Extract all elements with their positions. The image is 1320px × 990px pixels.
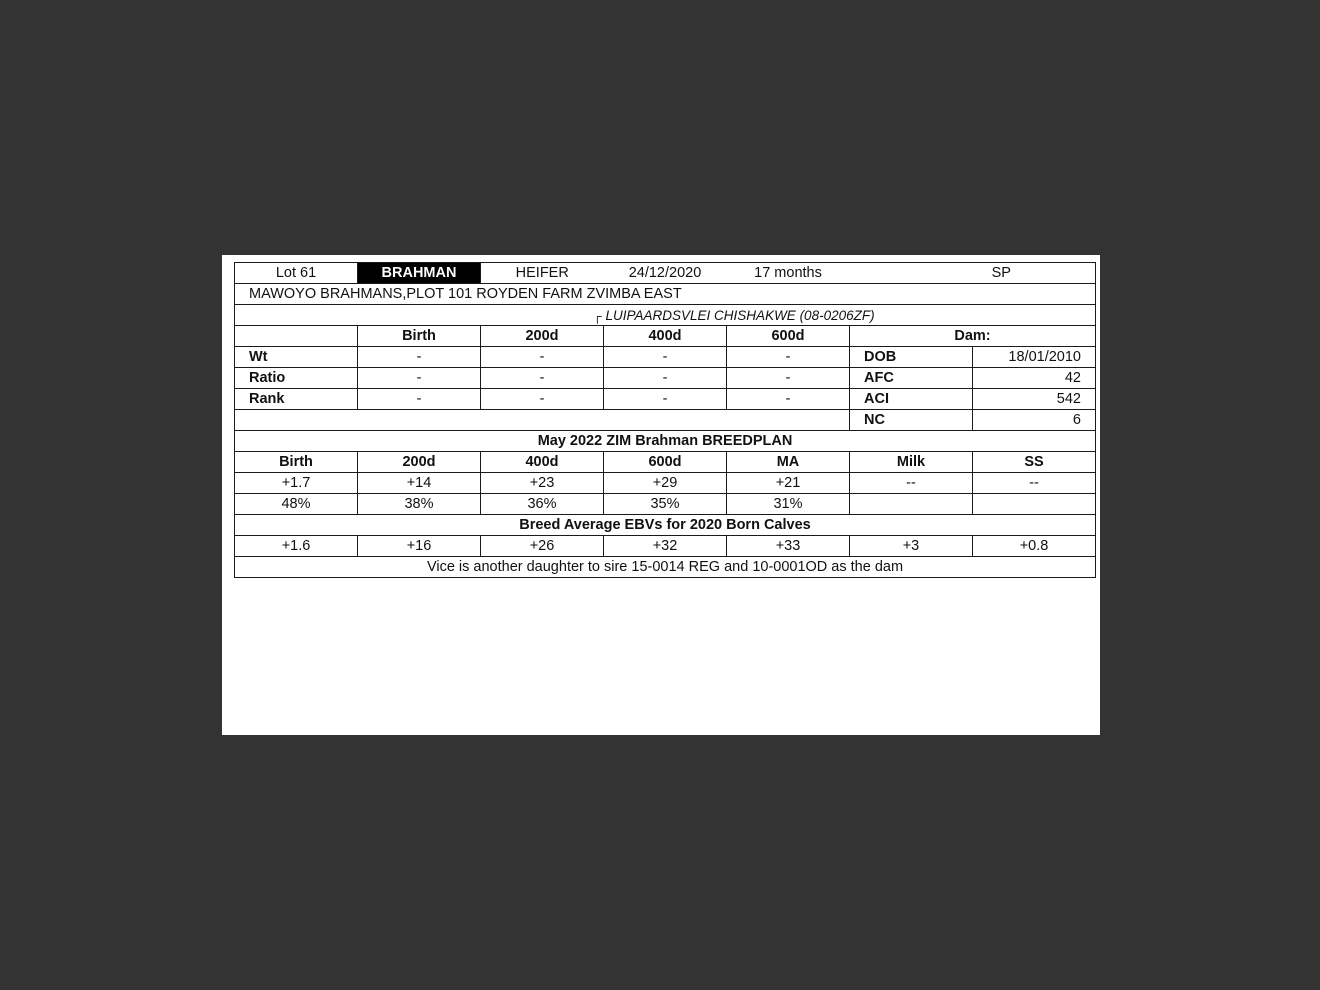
ebv-col-header: Birth [235,452,358,473]
ebv-value: +14 [358,473,481,494]
code: SP [850,263,1096,284]
ebv-col-header: 400d [481,452,604,473]
accuracy-value [973,494,1096,515]
ebv-col-header: 200d [358,452,481,473]
dam-info-title: Dam: [850,326,1096,347]
sex: HEIFER [481,263,604,284]
breed-badge: BRAHMAN [358,263,481,284]
cell: - [481,347,604,368]
breedplan-title: May 2022 ZIM Brahman BREEDPLAN [235,431,1096,452]
ebv-value: +29 [604,473,727,494]
lot-table: Lot 61 BRAHMAN HEIFER 24/12/2020 17 mont… [234,262,1096,578]
accuracy-value: 48% [235,494,358,515]
accuracy-value: 31% [727,494,850,515]
cell: - [358,389,481,410]
cell: - [358,368,481,389]
blank-cell [235,410,850,431]
cell: - [358,347,481,368]
breed-average-value: +1.6 [235,536,358,557]
dam-value: 42 [973,368,1096,389]
age: 17 months [727,263,850,284]
accuracy-value: 36% [481,494,604,515]
bracket-top-icon: ┌ [593,306,602,326]
breeder-row: MAWOYO BRAHMANS,PLOT 101 ROYDEN FARM ZVI… [235,284,1096,305]
dam-label: NC [850,410,973,431]
breed-average-title-row: Breed Average EBVs for 2020 Born Calves [235,515,1096,536]
ebv-col-header: SS [973,452,1096,473]
ebv-col-header: 600d [604,452,727,473]
comment-row: Vice is another daughter to sire 15-0014… [235,557,1096,578]
perf-col-header: 400d [604,326,727,347]
performance-row: Wt - - - - DOB 18/01/2010 [235,347,1096,368]
ebv-col-header: Milk [850,452,973,473]
accuracy-row: 48% 38% 36% 35% 31% [235,494,1096,515]
breed-average-value: +16 [358,536,481,557]
dam-value: 18/01/2010 [973,347,1096,368]
breed-average-value: +32 [604,536,727,557]
row-label: Ratio [235,368,358,389]
dam-nc-row: NC 6 [235,410,1096,431]
breed-average-value: +26 [481,536,604,557]
breed-average-value: +33 [727,536,850,557]
accuracy-value: 38% [358,494,481,515]
ebv-col-header: MA [727,452,850,473]
cell: - [604,368,727,389]
lot-number: Lot 61 [235,263,358,284]
cell: - [604,389,727,410]
row-label: Rank [235,389,358,410]
ebv-value: +1.7 [235,473,358,494]
comment: Vice is another daughter to sire 15-0014… [235,557,1096,578]
ebv-value: +23 [481,473,604,494]
breedplan-header-row: Birth 200d 400d 600d MA Milk SS [235,452,1096,473]
pedigree-row: ┌LUIPAARDSVLEI CHISHAKWE (08-0206ZF) ┌DO… [235,305,1096,326]
row-label: Wt [235,347,358,368]
ebv-value: -- [850,473,973,494]
cell: - [727,347,850,368]
performance-header-row: Birth 200d 400d 600d Dam: [235,326,1096,347]
ebv-value: -- [973,473,1096,494]
breed-average-value: +0.8 [973,536,1096,557]
ebv-row: +1.7 +14 +23 +29 +21 -- -- [235,473,1096,494]
cell: - [481,389,604,410]
accuracy-value: 35% [604,494,727,515]
date-of-birth: 24/12/2020 [604,263,727,284]
dam-value: 6 [973,410,1096,431]
lot-card: Lot 61 BRAHMAN HEIFER 24/12/2020 17 mont… [222,255,1100,735]
cell: - [481,368,604,389]
cell: - [604,347,727,368]
cell: - [727,389,850,410]
breed-average-value: +3 [850,536,973,557]
accuracy-value [850,494,973,515]
sire-sire: ┌LUIPAARDSVLEI CHISHAKWE (08-0206ZF) [593,306,875,326]
pedigree: ┌LUIPAARDSVLEI CHISHAKWE (08-0206ZF) ┌DO… [235,305,1096,326]
breed-average-title: Breed Average EBVs for 2020 Born Calves [235,515,1096,536]
ebv-value: +21 [727,473,850,494]
performance-row: Ratio - - - - AFC 42 [235,368,1096,389]
breeder-address: MAWOYO BRAHMANS,PLOT 101 ROYDEN FARM ZVI… [235,284,1096,305]
dam-value: 542 [973,389,1096,410]
dam-label: AFC [850,368,973,389]
breedplan-title-row: May 2022 ZIM Brahman BREEDPLAN [235,431,1096,452]
perf-col-header: 200d [481,326,604,347]
dam-label: ACI [850,389,973,410]
perf-col-header: Birth [358,326,481,347]
perf-col-header: 600d [727,326,850,347]
cell: - [727,368,850,389]
performance-row: Rank - - - - ACI 542 [235,389,1096,410]
header-row: Lot 61 BRAHMAN HEIFER 24/12/2020 17 mont… [235,263,1096,284]
breed-average-row: +1.6 +16 +26 +32 +33 +3 +0.8 [235,536,1096,557]
performance-corner [235,326,358,347]
dam-label: DOB [850,347,973,368]
